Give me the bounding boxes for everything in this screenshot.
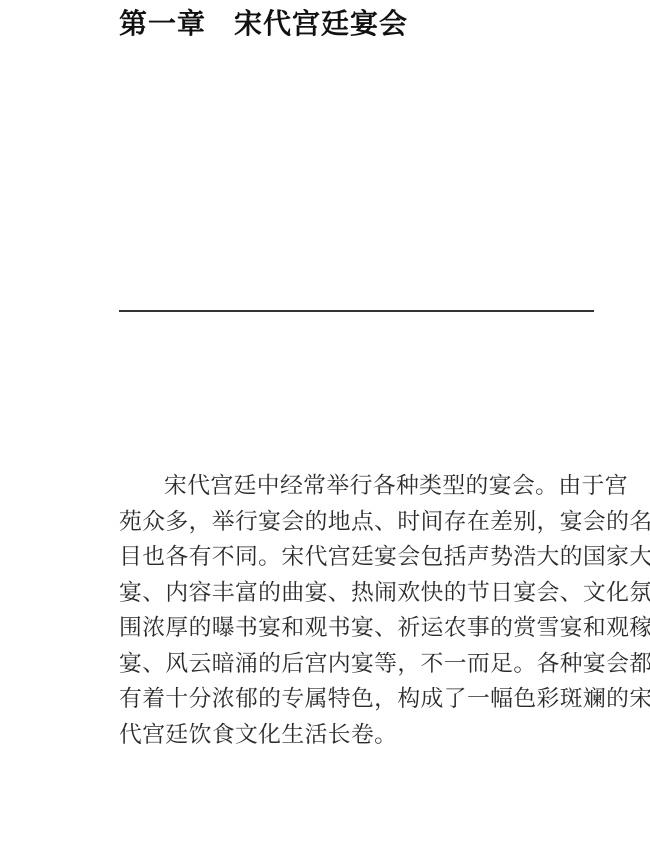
horizontal-rule — [119, 310, 594, 312]
paragraph-line: 宴、内容丰富的曲宴、热闹欢快的节日宴会、文化氛 — [119, 576, 597, 612]
chapter-number: 第一章 — [119, 7, 206, 40]
paragraph-line: 有着十分浓郁的专属特色，构成了一幅色彩斑斓的宋 — [119, 682, 597, 718]
chapter-title: 第一章宋代宫廷宴会 — [119, 4, 408, 44]
paragraph-line: 目也各有不同。宋代宫廷宴会包括声势浩大的国家大 — [119, 540, 597, 576]
chapter-name: 宋代宫廷宴会 — [234, 7, 408, 40]
body-paragraph: 宋代宫廷中经常举行各种类型的宴会。由于宫 苑众多，举行宴会的地点、时间存在差别，… — [119, 469, 597, 753]
paragraph-line: 围浓厚的曝书宴和观书宴、祈运农事的赏雪宴和观稼 — [119, 611, 597, 647]
paragraph-line: 宋代宫廷中经常举行各种类型的宴会。由于宫 — [119, 469, 597, 505]
paragraph-line: 代宫廷饮食文化生活长卷。 — [119, 718, 597, 754]
paragraph-line: 宴、风云暗涌的后宫内宴等，不一而足。各种宴会都 — [119, 647, 597, 683]
paragraph-line: 苑众多，举行宴会的地点、时间存在差别，宴会的名 — [119, 505, 597, 541]
